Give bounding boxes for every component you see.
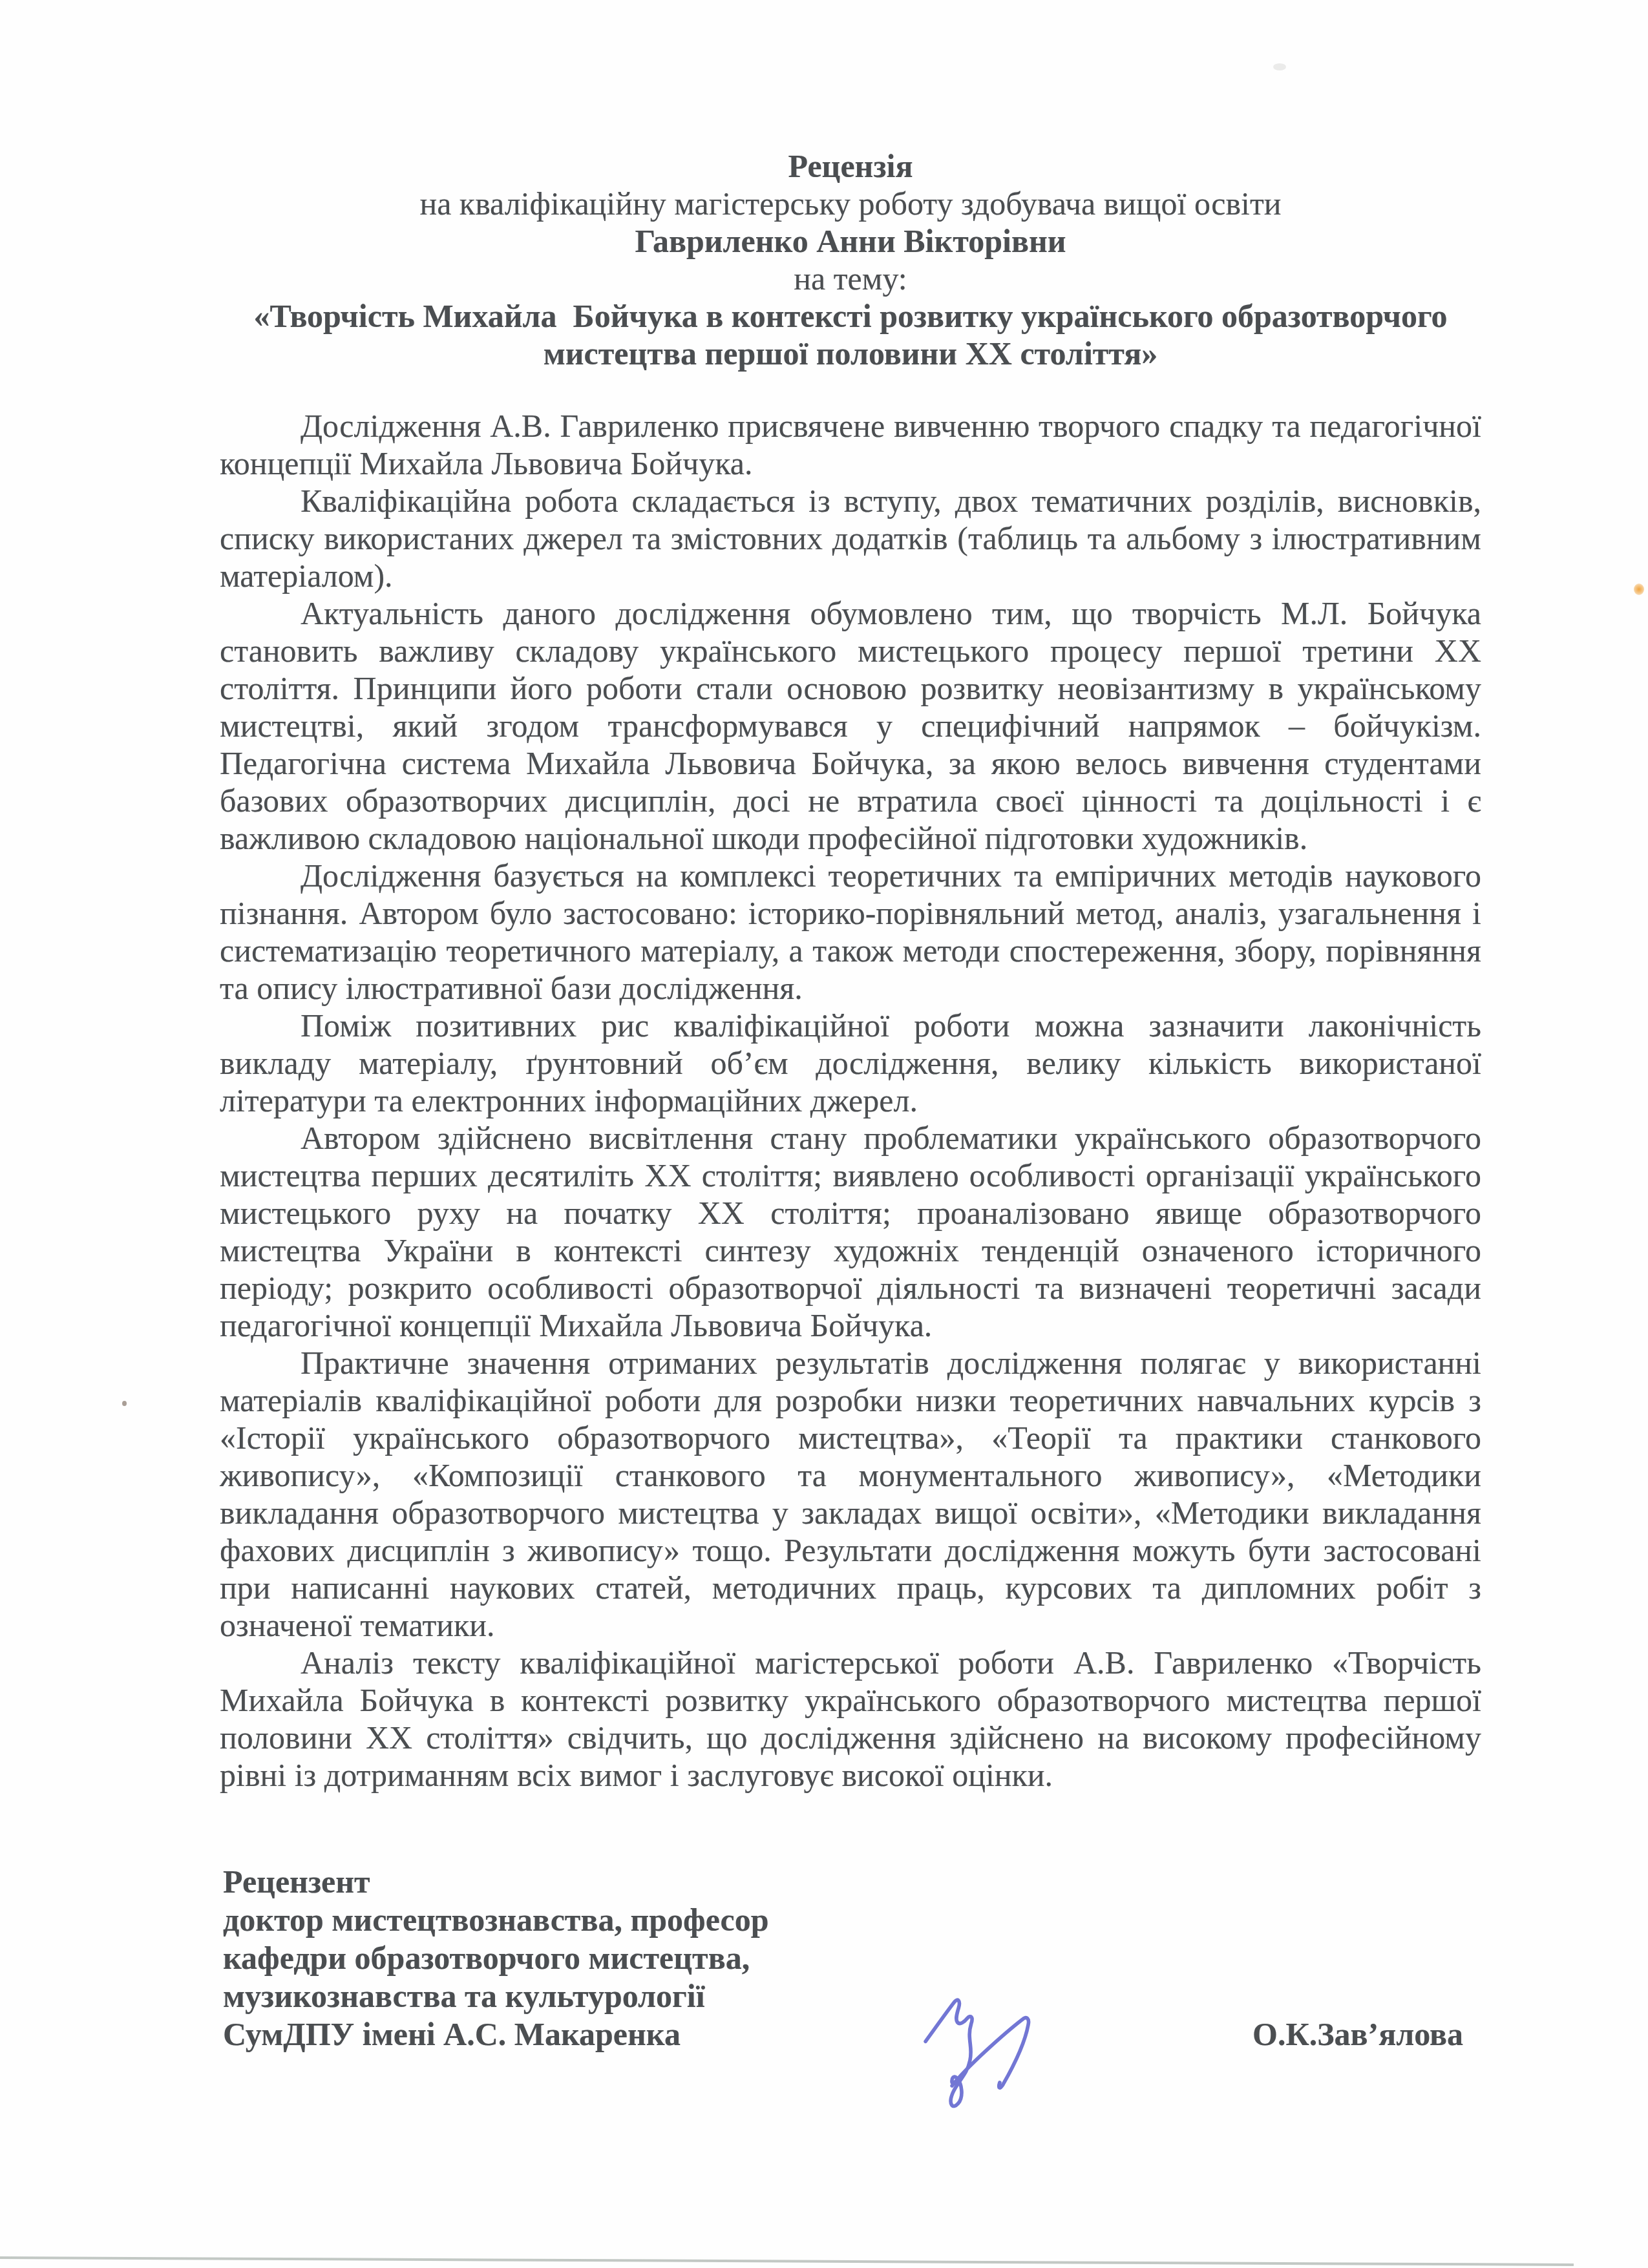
paragraph: Практичне значення отриманих результатів… — [220, 1344, 1481, 1644]
paragraph: Поміж позитивних рис кваліфікаційної роб… — [220, 1007, 1481, 1119]
title-subtitle: на кваліфікаційну магістерську роботу зд… — [220, 185, 1481, 222]
scan-speck-dark — [122, 1401, 127, 1406]
paragraph: Дослідження базується на комплексі теоре… — [220, 857, 1481, 1007]
scan-speck-orange — [1634, 583, 1644, 595]
scan-edge-line — [0, 2252, 1648, 2268]
handwritten-signature-icon — [923, 1991, 1055, 2179]
signature-stroke — [925, 2000, 1028, 2106]
scan-speck-faint — [1273, 63, 1286, 70]
paragraph: Автором здійснено висвітлення стану проб… — [220, 1119, 1481, 1344]
theme-label: на тему: — [220, 260, 1481, 297]
paragraph: Кваліфікаційна робота складається із вст… — [220, 482, 1481, 594]
scanned-review-page: Рецензія на кваліфікаційну магістерську … — [0, 0, 1648, 2268]
reviewer-label: Рецензент — [223, 1863, 998, 1901]
reviewer-credential: кафедри образотворчого мистецтва, — [223, 1939, 998, 1977]
reviewer-credential: музикознавства та культурології — [223, 1977, 998, 2015]
thesis-theme: «Творчість Михайла Бойчука в контексті р… — [220, 297, 1481, 372]
paragraph: Дослідження А.В. Гавриленко присвячене в… — [220, 407, 1481, 482]
reviewer-name: О.К.Зав’ялова — [1252, 2015, 1463, 2053]
title-block: Рецензія на кваліфікаційну магістерську … — [220, 147, 1481, 372]
paragraph: Актуальність даного дослідження обумовле… — [220, 594, 1481, 857]
reviewer-credentials: доктор мистецтвознавства, професоркафедр… — [223, 1901, 998, 2053]
signature-block: Рецензент доктор мистецтвознавства, проф… — [223, 1863, 998, 2053]
paragraph: Аналіз тексту кваліфікаційної магістерсь… — [220, 1644, 1481, 1794]
reviewer-credential: доктор мистецтвознавства, професор — [223, 1901, 998, 1939]
document-title: Рецензія — [220, 147, 1481, 185]
scan-line-stroke — [0, 2258, 1574, 2265]
author-name: Гавриленко Анни Вікторівни — [220, 222, 1481, 260]
reviewer-credential: СумДПУ імені А.С. Макаренка — [223, 2015, 998, 2053]
review-body: Дослідження А.В. Гавриленко присвячене в… — [220, 407, 1481, 1794]
